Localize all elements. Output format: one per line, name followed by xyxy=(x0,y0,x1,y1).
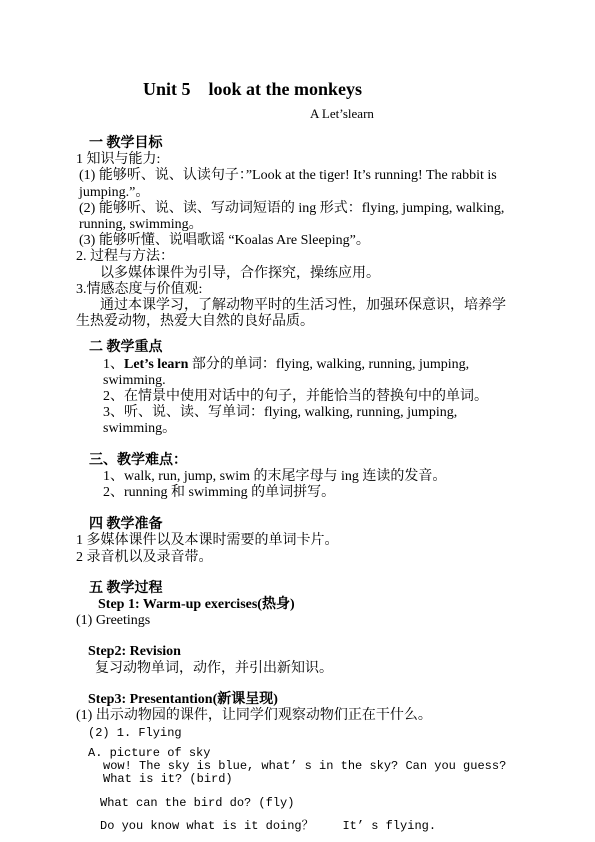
doc-title: Unit 5 look at the monkeys xyxy=(143,78,510,100)
keypoints-item-1: 1、Let’s learn 部分的单词：flying, walking, run… xyxy=(103,357,510,389)
goals-item-2: (2) 能够听、说、读、写动词短语的 ing 形式：flying, jumpin… xyxy=(79,201,510,233)
process-step3-title: Step3: Presentantion(新课呈现) xyxy=(88,692,510,708)
process-step2-title: Step2: Revision xyxy=(88,644,510,660)
process-step1-item-1: (1) Greetings xyxy=(76,613,510,629)
section-heading-goals: 一 教学目标 xyxy=(89,136,510,152)
preparation-item-2: 2 录音机以及录音带。 xyxy=(76,550,510,566)
goals-affect-label: 3.情感态度与价值观: xyxy=(76,282,510,298)
keypoints-item-2: 2、在情景中使用对话中的句子，并能恰当的替换句中的单词。 xyxy=(103,389,510,405)
section-heading-process: 五 教学过程 xyxy=(89,581,510,597)
doc-subtitle: A Let’slearn xyxy=(310,106,510,122)
process-step2-body: 复习动物单词，动作，并引出新知识。 xyxy=(95,661,510,677)
difficulties-item-1: 1、walk, run, jump, swim 的末尾字母与 ing 连读的发音… xyxy=(103,469,510,485)
goals-affect-body: 通过本课学习，了解动物平时的生活习性，加强环保意识，培养学生热爱动物，热爱大自然… xyxy=(76,298,510,330)
section-heading-preparation: 四 教学准备 xyxy=(89,517,510,533)
process-step3-item-1: (1) 出示动物园的课件，让同学们观察动物们正在干什么。 xyxy=(76,708,510,724)
keypoints-item-3: 3、听、说、读、写单词：flying, walking, running, ju… xyxy=(103,405,510,437)
keypoints-item-1-pre: 1、 xyxy=(103,357,124,372)
goals-process-label: 2. 过程与方法： xyxy=(76,249,510,265)
section-heading-keypoints: 二 教学重点 xyxy=(89,340,510,356)
process-qa-line-3: What can the bird do? (fly) xyxy=(100,797,510,810)
process-qa-line-2: What is it? (bird) xyxy=(103,773,510,786)
section-heading-difficulties: 三、教学难点： xyxy=(89,453,510,469)
goals-item-1: (1) 能够听、说、认读句子：”Look at the tiger! It’s … xyxy=(79,168,510,200)
process-step3-item-2: (2) 1. Flying xyxy=(88,727,510,740)
keypoints-item-1-bold: Let’s learn xyxy=(124,357,188,372)
difficulties-item-2: 2、running 和 swimming 的单词拼写。 xyxy=(103,485,510,501)
goals-knowledge-label: 1 知识与能力: xyxy=(76,152,510,168)
document-page: Unit 5 look at the monkeys A Let’slearn … xyxy=(0,0,595,842)
goals-item-3: (3) 能够听懂、说唱歌谣 “Koalas Are Sleeping”。 xyxy=(79,233,510,249)
process-qa-line-4: Do you know what is it doing？ It’ s flyi… xyxy=(100,820,510,833)
preparation-item-1: 1 多媒体课件以及本课时需要的单词卡片。 xyxy=(76,533,510,549)
goals-process-body: 以多媒体课件为引导，合作探究，操练应用。 xyxy=(100,266,510,282)
process-step1-title: Step 1: Warm-up exercises(热身) xyxy=(98,597,510,613)
